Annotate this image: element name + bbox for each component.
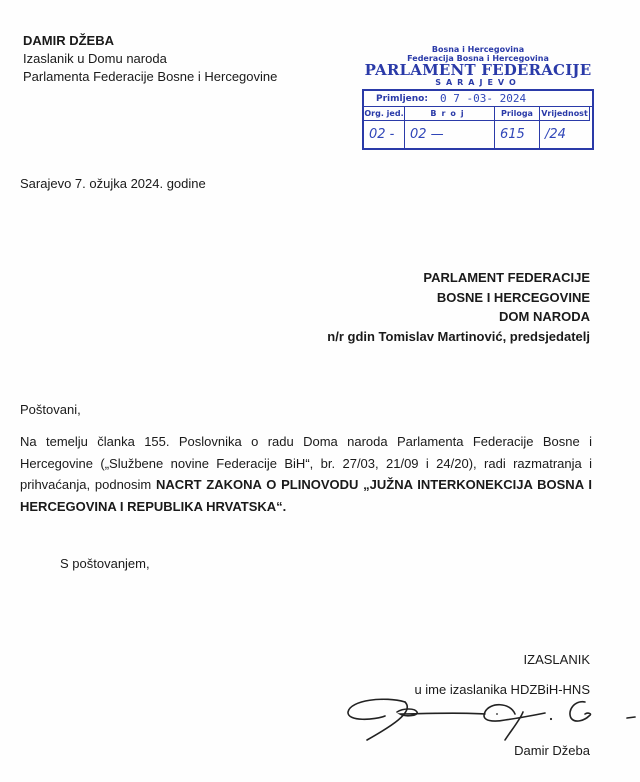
signature-name: Damir Džeba: [514, 743, 590, 758]
stamp-received-row: Primljeno: 0 7 -03- 2024: [364, 91, 592, 107]
recipient-line2: BOSNE I HERCEGOVINE: [327, 288, 590, 308]
stamp-value-attachments: 615: [495, 121, 540, 148]
stamp-parliament: PARLAMENT FEDERACIJE: [362, 63, 594, 78]
stamp-value-number: 02 —: [405, 121, 495, 148]
stamp-received-date: 0 7 -03- 2024: [440, 92, 526, 105]
received-stamp: Bosna i Hercegovina Federacija Bosna i H…: [362, 45, 594, 150]
sender-institution: Parlamenta Federacije Bosne i Hercegovin…: [23, 68, 277, 86]
sender-block: DAMIR DŽEBA Izaslanik u Domu naroda Parl…: [23, 32, 277, 86]
stamp-received-label: Primljeno:: [364, 94, 440, 104]
stamp-city: SARAJEVO: [362, 78, 594, 88]
stamp-header-attachments: Priloga: [495, 107, 540, 121]
stamp-header-value: Vrijednost: [540, 107, 590, 121]
stamp-grid: Org. jed. Broj Priloga Vrijednost 02 - 0…: [364, 107, 592, 148]
body-paragraph: Na temelju članka 155. Poslovnika o radu…: [20, 431, 592, 517]
signature-title: IZASLANIK: [524, 652, 590, 667]
recipient-block: PARLAMENT FEDERACIJE BOSNE I HERCEGOVINE…: [327, 268, 590, 346]
date-line: Sarajevo 7. ožujka 2024. godine: [20, 176, 206, 191]
recipient-line3: DOM NARODA: [327, 307, 590, 327]
closing: S poštovanjem,: [60, 556, 150, 571]
stamp-value-value: /24: [540, 121, 590, 148]
stamp-header-number: Broj: [405, 107, 495, 121]
handwritten-signature: [345, 692, 640, 742]
stamp-value-org: 02 -: [364, 121, 405, 148]
stamp-box: Primljeno: 0 7 -03- 2024 Org. jed. Broj …: [362, 89, 594, 150]
stamp-header-org: Org. jed.: [364, 107, 405, 121]
recipient-line1: PARLAMENT FEDERACIJE: [327, 268, 590, 288]
recipient-attention: n/r gdin Tomislav Martinović, predsjedat…: [327, 327, 590, 347]
sender-name: DAMIR DŽEBA: [23, 32, 277, 50]
stamp-country: Bosna i Hercegovina: [362, 45, 594, 54]
sender-role: Izaslanik u Domu naroda: [23, 50, 277, 68]
salutation: Poštovani,: [20, 402, 81, 417]
